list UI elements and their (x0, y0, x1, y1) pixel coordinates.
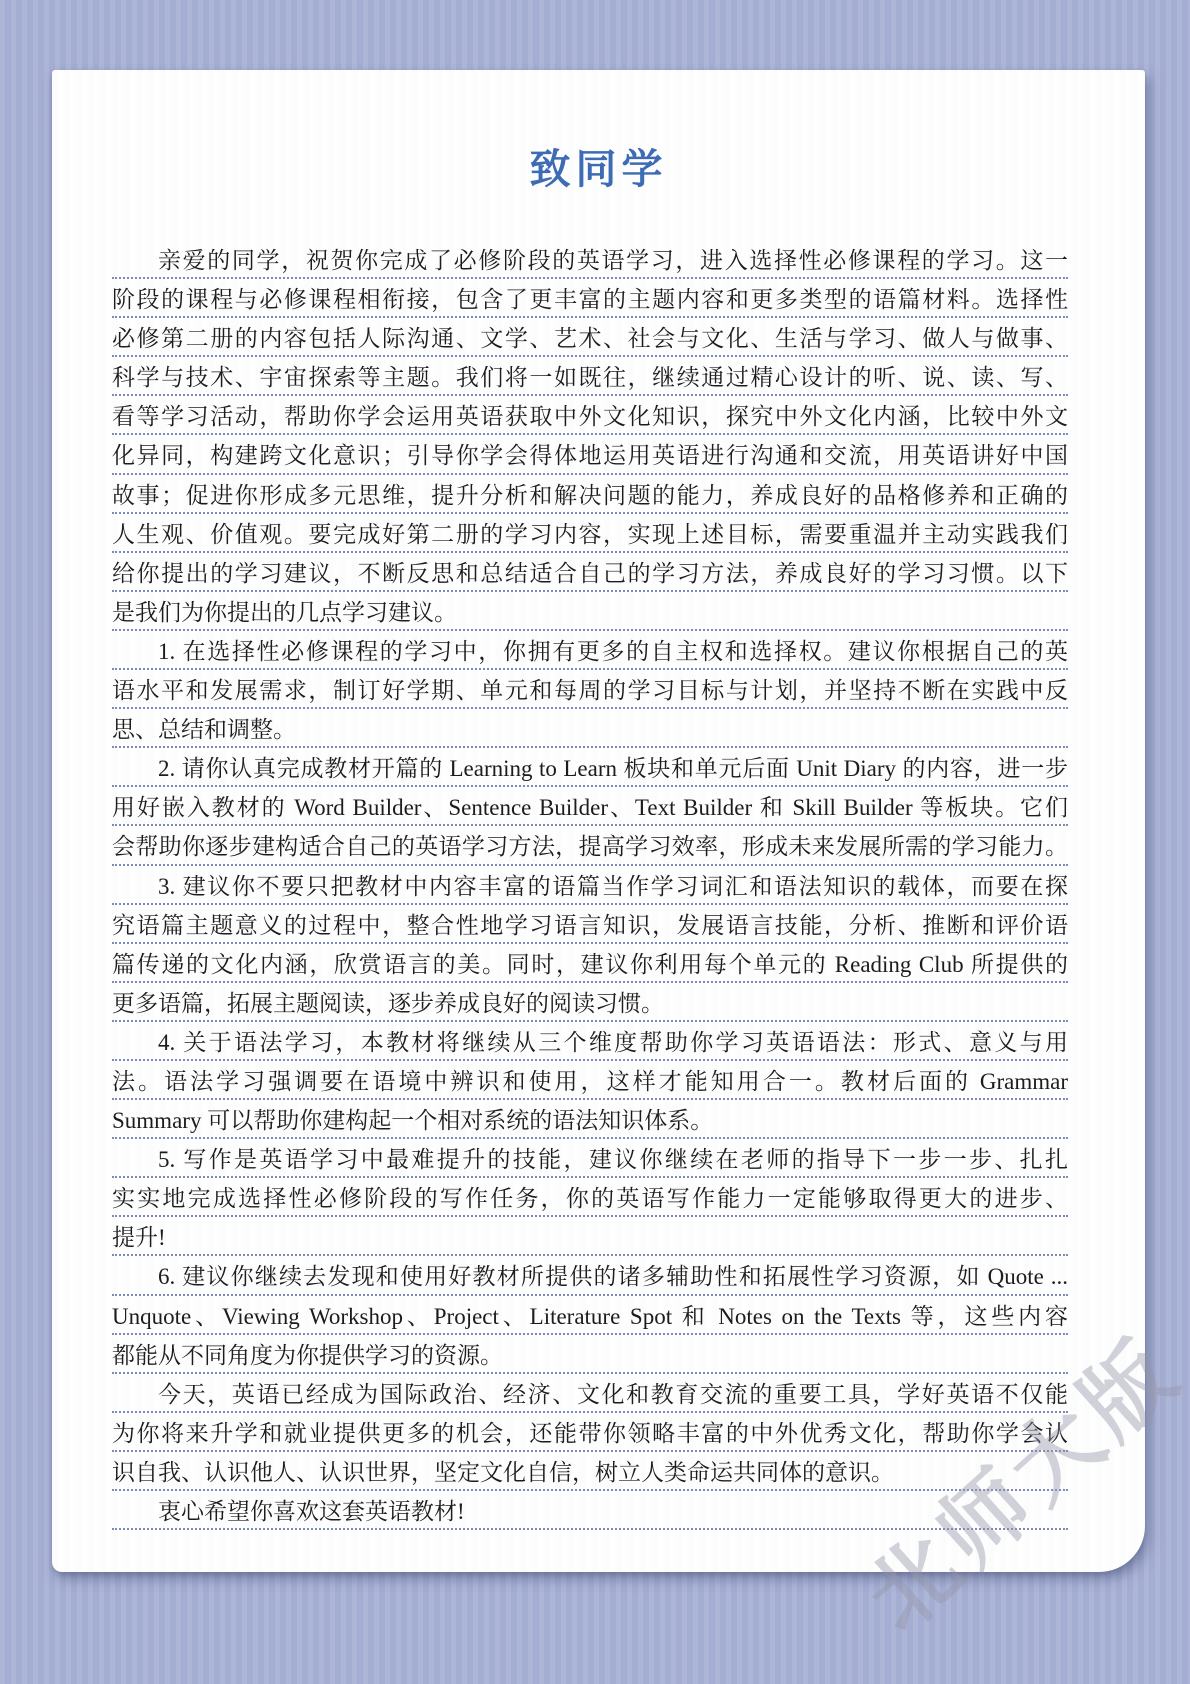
text-line: 篇传递的文化内涵，欣赏语言的美。同时，建议你利用每个单元的 Reading Cl… (112, 944, 1068, 983)
text-line: 给你提出的学习建议，不断反思和总结适合自己的学习方法，养成良好的学习习惯。以下 (112, 553, 1068, 592)
body-text: 亲爱的同学，祝贺你完成了必修阶段的英语学习，进入选择性必修课程的学习。这一阶段的… (112, 240, 1068, 1530)
text-line: 5. 写作是英语学习中最难提升的技能，建议你继续在老师的指导下一步一步、扎扎 (112, 1139, 1068, 1178)
page-title: 致同学 (52, 146, 1145, 192)
text-line: 化异同，构建跨文化意识；引导你学会得体地运用英语进行沟通和交流，用英语讲好中国 (112, 435, 1068, 474)
text-line: Summary 可以帮助你建构起一个相对系统的语法知识体系。 (112, 1100, 1068, 1139)
text-line: 实实地完成选择性必修阶段的写作任务，你的英语写作能力一定能够取得更大的进步、 (112, 1178, 1068, 1217)
text-line: 都能从不同角度为你提供学习的资源。 (112, 1335, 1068, 1374)
text-line: 究语篇主题意义的过程中，整合性地学习语言知识，发展语言技能，分析、推断和评价语 (112, 905, 1068, 944)
text-line: 科学与技术、宇宙探索等主题。我们将一如既往，继续通过精心设计的听、说、读、写、 (112, 357, 1068, 396)
text-line: 1. 在选择性必修课程的学习中，你拥有更多的自主权和选择权。建议你根据自己的英 (112, 631, 1068, 670)
text-line: 识自我、认识他人、认识世界，坚定文化自信，树立人类命运共同体的意识。 (112, 1452, 1068, 1491)
text-line: 看等学习活动，帮助你学会运用英语获取中外文化知识，探究中外文化内涵，比较中外文 (112, 396, 1068, 435)
text-line: 今天，英语已经成为国际政治、经济、文化和教育交流的重要工具，学好英语不仅能 (112, 1374, 1068, 1413)
document-page: 致同学 亲爱的同学，祝贺你完成了必修阶段的英语学习，进入选择性必修课程的学习。这… (52, 70, 1145, 1572)
text-line: 为你将来升学和就业提供更多的机会，还能带你领略丰富的中外优秀文化，帮助你学会认 (112, 1413, 1068, 1452)
text-line: 人生观、价值观。要完成好第二册的学习内容，实现上述目标，需要重温并主动实践我们 (112, 514, 1068, 553)
text-line: 阶段的课程与必修课程相衔接，包含了更丰富的主题内容和更多类型的语篇材料。选择性 (112, 279, 1068, 318)
text-line: 更多语篇，拓展主题阅读，逐步养成良好的阅读习惯。 (112, 983, 1068, 1022)
text-line: 是我们为你提出的几点学习建议。 (112, 592, 1068, 631)
text-line: 用好嵌入教材的 Word Builder、Sentence Builder、Te… (112, 787, 1068, 826)
text-line: 6. 建议你继续去发现和使用好教材所提供的诸多辅助性和拓展性学习资源，如 Quo… (112, 1256, 1068, 1295)
text-line: 故事；促进你形成多元思维，提升分析和解决问题的能力，养成良好的品格修养和正确的 (112, 475, 1068, 514)
text-line: 法。语法学习强调要在语境中辨识和使用，这样才能知用合一。教材后面的 Gramma… (112, 1061, 1068, 1100)
text-line: 必修第二册的内容包括人际沟通、文学、艺术、社会与文化、生活与学习、做人与做事、 (112, 318, 1068, 357)
text-line: 2. 请你认真完成教材开篇的 Learning to Learn 板块和单元后面… (112, 748, 1068, 787)
text-line: 会帮助你逐步建构适合自己的英语学习方法，提高学习效率，形成未来发展所需的学习能力… (112, 826, 1068, 865)
text-line: 提升! (112, 1217, 1068, 1256)
text-line: 语水平和发展需求，制订好学期、单元和每周的学习目标与计划，并坚持不断在实践中反 (112, 670, 1068, 709)
text-line: Unquote、Viewing Workshop、Project、Literat… (112, 1296, 1068, 1335)
text-line: 衷心希望你喜欢这套英语教材! (112, 1491, 1068, 1530)
text-line: 思、总结和调整。 (112, 709, 1068, 748)
text-line: 3. 建议你不要只把教材中内容丰富的语篇当作学习词汇和语法知识的载体，而要在探 (112, 866, 1068, 905)
text-line: 亲爱的同学，祝贺你完成了必修阶段的英语学习，进入选择性必修课程的学习。这一 (112, 240, 1068, 279)
text-line: 4. 关于语法学习，本教材将继续从三个维度帮助你学习英语语法：形式、意义与用 (112, 1022, 1068, 1061)
